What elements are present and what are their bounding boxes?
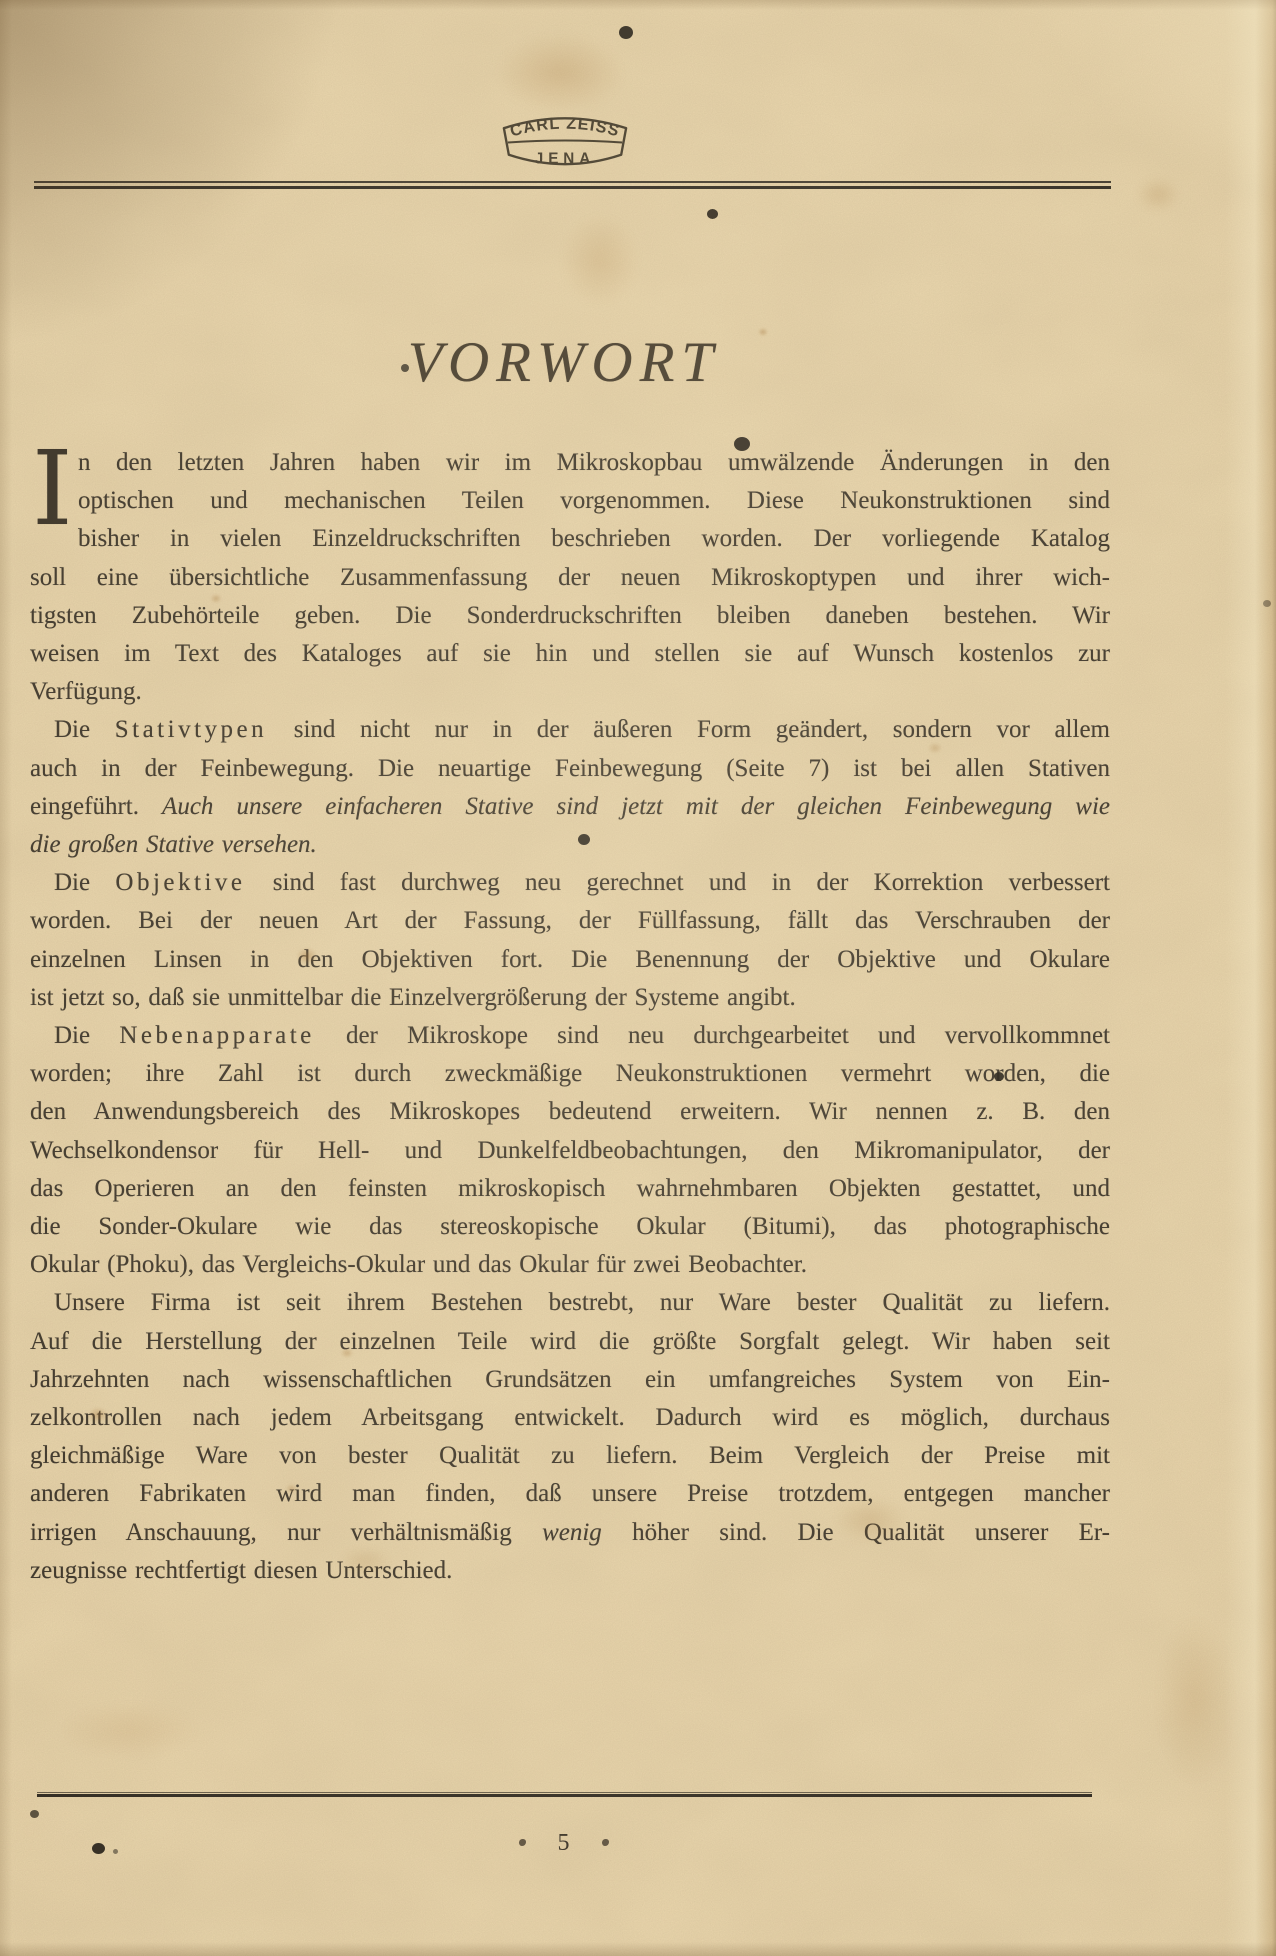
body-text: einzelnen Linsen in den Objektiven fort.…: [30, 946, 1110, 973]
text-line: die Sonder-Okulare wie das stereoskopisc…: [30, 1208, 1110, 1246]
ink-speck: [30, 1810, 39, 1818]
body-text: Wechselkondensor für Hell- und Dunkelfel…: [30, 1137, 1110, 1164]
ink-speck: [994, 1072, 1004, 1081]
body-text: worden; ihre Zahl ist durch zweckmäßige …: [30, 1060, 1110, 1087]
body-text: den Anwendungsbereich des Mikroskopes be…: [30, 1098, 1110, 1125]
stain: [545, 195, 655, 325]
text-line: Die Stativtypen sind nicht nur in der äu…: [30, 711, 1110, 749]
text-line: n den letzten Jahren haben wir im Mikros…: [30, 444, 1110, 482]
ornament-dot-icon: [602, 1839, 609, 1846]
body-text: Unsere Firma ist seit ihrem Bestehen bes…: [54, 1289, 1110, 1316]
text-line: Verfügung.: [30, 673, 1110, 711]
ink-speck: [92, 1843, 105, 1854]
body-text: anderen Fabrikaten wird man finden, daß …: [30, 1480, 1110, 1507]
body-text: auch in der Feinbewegung. Die neuartige …: [30, 755, 1110, 782]
letterspaced-term: Stativtypen: [115, 716, 267, 743]
text-line: worden; ihre Zahl ist durch zweckmäßige …: [30, 1055, 1110, 1093]
text-line: irrigen Anschauung, nur verhältnismäßig …: [30, 1514, 1110, 1552]
ink-speck: [707, 209, 718, 219]
text-line: worden. Bei der neuen Art der Fassung, d…: [30, 902, 1110, 940]
body-text: Die: [54, 1022, 119, 1049]
text-line: Die Objektive sind fast durchweg neu ger…: [30, 864, 1110, 902]
ink-speck: [1263, 600, 1271, 607]
text-line: Die Nebenapparate der Mikroskope sind ne…: [30, 1017, 1110, 1055]
italic-text: wenig: [542, 1519, 602, 1546]
body-text: eingeführt.: [30, 793, 162, 820]
letterspaced-term: Objektive: [115, 869, 245, 896]
text-line: tigsten Zubehörteile geben. Die Sonderdr…: [30, 597, 1110, 635]
page-number: 5: [558, 1830, 570, 1856]
ink-speck: [113, 1849, 118, 1854]
ornament-dot-icon: [519, 1839, 526, 1846]
text-line: zelkontrollen nach jedem Arbeitsgang ent…: [30, 1399, 1110, 1437]
stain: [283, 1482, 300, 1495]
stain: [925, 740, 945, 756]
text-line: das Operieren an den feinsten mikroskopi…: [30, 1170, 1110, 1208]
body-text: soll eine übersichtliche Zusammenfassung…: [30, 564, 1110, 591]
body-text: Die: [54, 716, 115, 743]
body-text: ist jetzt so, daß sie unmittelbar die Ei…: [30, 984, 796, 1011]
paragraph: Die Nebenapparate der Mikroskope sind ne…: [30, 1017, 1110, 1284]
text-line: die großen Stative versehen.: [30, 826, 1110, 864]
body-text: die Sonder-Okulare wie das stereoskopisc…: [30, 1213, 1110, 1240]
body-text: irrigen Anschauung, nur verhältnismäßig: [30, 1519, 542, 1546]
text-line: soll eine übersichtliche Zusammenfassung…: [30, 559, 1110, 597]
stain: [1128, 172, 1188, 217]
body-text: weisen im Text des Kataloges auf sie hin…: [30, 640, 1110, 667]
body-text: Jahrzehnten nach wissenschaftlichen Grun…: [30, 1366, 1110, 1393]
body-text: der Mikroskope sind neu durchgearbeitet …: [317, 1022, 1110, 1049]
text-line: optischen und mechanischen Teilen vorgen…: [30, 482, 1110, 520]
ink-speck: [734, 437, 750, 451]
text-line: auch in der Feinbewegung. Die neuartige …: [30, 750, 1110, 788]
text-line: weisen im Text des Kataloges auf sie hin…: [30, 635, 1110, 673]
stain: [292, 944, 322, 968]
stain: [1140, 1580, 1250, 1820]
body-text: sind fast durchweg neu gerechnet und in …: [248, 869, 1111, 896]
drop-cap: I: [32, 446, 68, 556]
body-text: Die: [54, 869, 115, 896]
text-line: einzelnen Linsen in den Objektiven fort.…: [30, 941, 1110, 979]
footer-rule-thin: [37, 1792, 1092, 1793]
stain: [30, 1690, 230, 1770]
stain: [338, 1346, 356, 1360]
stain: [820, 1488, 920, 1552]
logo-divider: [508, 140, 622, 142]
footer-rule: [37, 1792, 1092, 1797]
stain: [756, 326, 770, 338]
logo-text-bottom: JENA: [535, 151, 595, 168]
scanned-catalog-page: CARL ZEISS JENA VORWORT In den letzten J…: [0, 0, 1276, 1956]
text-line: den Anwendungsbereich des Mikroskopes be…: [30, 1093, 1110, 1131]
paragraph: Die Stativtypen sind nicht nur in der äu…: [30, 711, 1110, 864]
text-line: eingeführt. Auch unsere einfacheren Stat…: [30, 788, 1110, 826]
body-text: optischen und mechanischen Teilen vorgen…: [78, 487, 1110, 514]
ink-speck: [578, 834, 590, 845]
body-text: das Operieren an den feinsten mikroskopi…: [30, 1175, 1110, 1202]
body-text: Okular (Phoku), das Vergleichs-Okular un…: [30, 1251, 807, 1278]
stain: [330, 1544, 400, 1578]
stain: [208, 592, 224, 605]
text-line: ist jetzt so, daß sie unmittelbar die Ei…: [30, 979, 1110, 1017]
text-line: anderen Fabrikaten wird man finden, daß …: [30, 1475, 1110, 1513]
body-text: sind nicht nur in der äußeren Form geänd…: [269, 716, 1110, 743]
paragraph: Unsere Firma ist seit ihrem Bestehen bes…: [30, 1284, 1110, 1590]
preface-text: In den letzten Jahren haben wir im Mikro…: [30, 444, 1110, 1590]
stain: [470, 18, 650, 128]
body-text: tigsten Zubehörteile geben. Die Sonderdr…: [30, 602, 1110, 629]
text-line: Jahrzehnten nach wissenschaftlichen Grun…: [30, 1361, 1110, 1399]
body-text: Auf die Herstellung der einzelnen Teile …: [30, 1328, 1110, 1355]
page-title: VORWORT: [28, 330, 1100, 395]
text-line: Auf die Herstellung der einzelnen Teile …: [30, 1323, 1110, 1361]
footer-rule-thick: [37, 1794, 1092, 1797]
body-text: zelkontrollen nach jedem Arbeitsgang ent…: [30, 1404, 1110, 1431]
ink-speck: [401, 364, 409, 372]
italic-text: Auch unsere einfacheren Stative sind jet…: [162, 793, 1110, 820]
paragraph: In den letzten Jahren haben wir im Mikro…: [30, 444, 1110, 711]
text-line: Okular (Phoku), das Vergleichs-Okular un…: [30, 1246, 1110, 1284]
letterspaced-term: Nebenapparate: [119, 1022, 314, 1049]
body-text: n den letzten Jahren haben wir im Mikros…: [78, 449, 1110, 476]
header-rule-thin: [34, 181, 1111, 183]
header-rule-thick: [34, 186, 1111, 189]
text-line: bisher in vielen Einzeldruckschriften be…: [30, 520, 1110, 558]
body-text: worden. Bei der neuen Art der Fassung, d…: [30, 907, 1110, 934]
text-line: gleichmäßige Ware von bester Qualität zu…: [30, 1437, 1110, 1475]
page-footer: 5: [30, 1830, 1097, 1857]
body-text: Verfügung.: [30, 678, 142, 705]
body-text: gleichmäßige Ware von bester Qualität zu…: [30, 1442, 1110, 1469]
text-line: Wechselkondensor für Hell- und Dunkelfel…: [30, 1132, 1110, 1170]
paragraph: Die Objektive sind fast durchweg neu ger…: [30, 864, 1110, 1017]
header-rule: [34, 181, 1111, 189]
body-text: bisher in vielen Einzeldruckschriften be…: [78, 525, 1110, 552]
text-line: Unsere Firma ist seit ihrem Bestehen bes…: [30, 1284, 1110, 1322]
text-line: zeugnisse rechtfertigt diesen Unterschie…: [30, 1552, 1110, 1590]
stain: [84, 1404, 112, 1426]
italic-text: die großen Stative versehen.: [30, 831, 317, 858]
stain: [200, 1412, 222, 1428]
